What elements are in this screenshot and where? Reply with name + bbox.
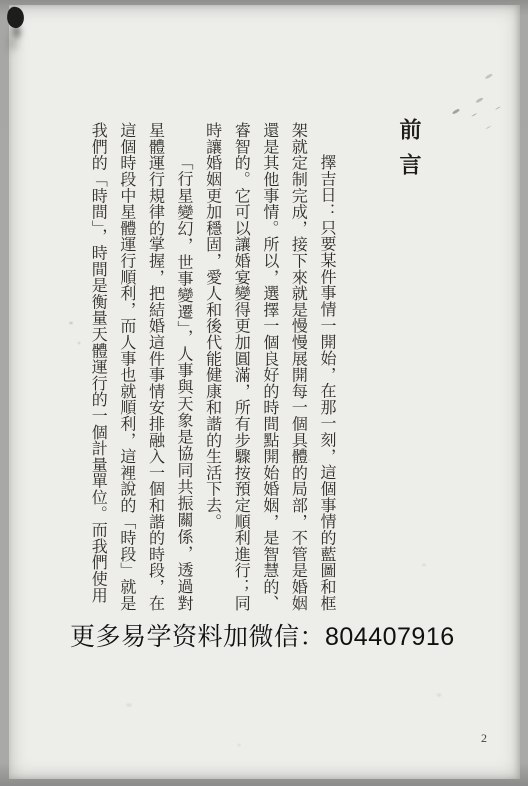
preface-title: 前言 (394, 118, 425, 188)
paragraph-2: 「行星變幻，世事變遷」，人事與天象是協同共振關係，透過對星體運行規律的掌握，把結… (83, 122, 197, 611)
watermark-text: 更多易学资料加微信：804407916 (70, 617, 455, 653)
paragraph-1: 擇吉日：只要某件事情一開始，在那一刻，這個事情的藍圖和框架就定制完成，接下來就是… (197, 122, 340, 611)
body-text: 擇吉日：只要某件事情一開始，在那一刻，這個事情的藍圖和框架就定制完成，接下來就是… (83, 122, 340, 611)
page-number: 2 (481, 731, 487, 746)
scanned-book-page: 前言 擇吉日：只要某件事情一開始，在那一刻，這個事情的藍圖和框架就定制完成，接下… (0, 0, 528, 786)
